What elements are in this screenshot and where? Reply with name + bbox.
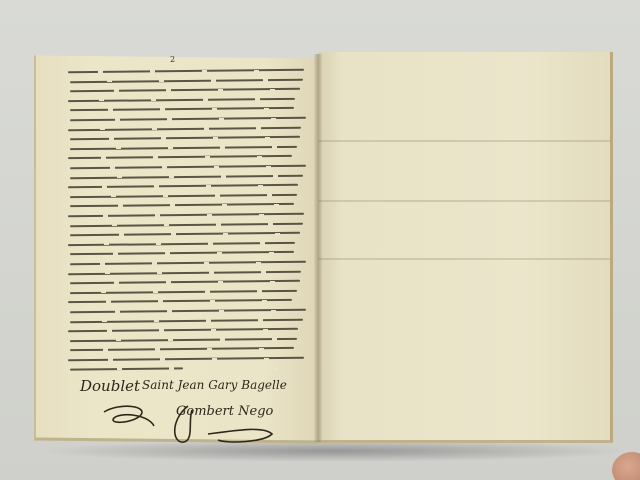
page-marker: 2 bbox=[170, 55, 175, 64]
fold-line bbox=[318, 140, 610, 142]
paraphe-flourish bbox=[100, 402, 160, 432]
right-page bbox=[318, 52, 613, 443]
fold-line bbox=[318, 258, 610, 260]
page-shadow bbox=[40, 440, 630, 462]
signature-saint-jean: Saint Jean Gary Bagelle bbox=[142, 378, 287, 392]
gombert-flourish bbox=[168, 400, 278, 448]
fold-line bbox=[318, 200, 610, 202]
book-gutter bbox=[314, 54, 322, 442]
signature-doublet: Doublet bbox=[80, 377, 140, 395]
